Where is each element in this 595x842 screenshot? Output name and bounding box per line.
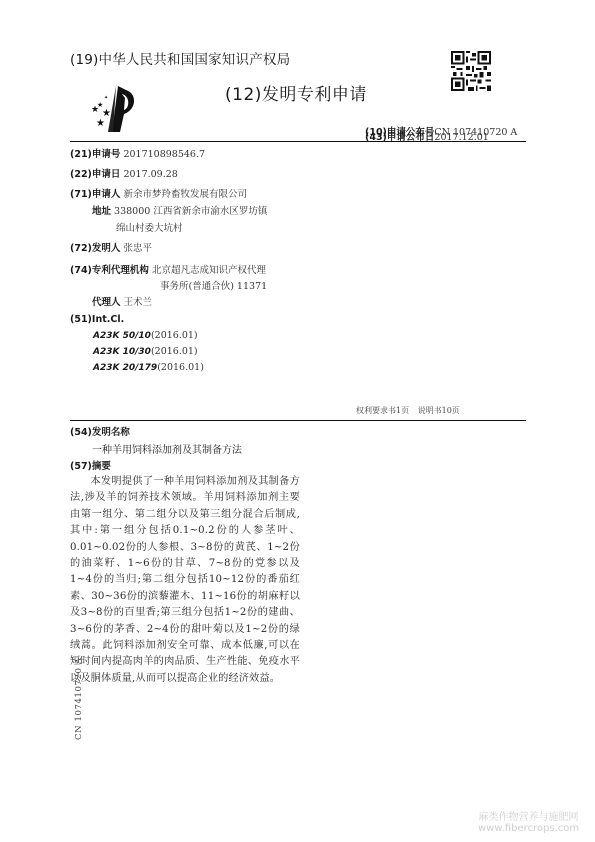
ipc-code: A23K 10/30 — [93, 347, 151, 357]
address-label: 地址 — [92, 206, 111, 217]
agency-line-1: 北京超凡志成知识产权代理 — [152, 265, 266, 276]
ipc-code: A23K 50/10 — [93, 331, 151, 341]
invention-title-label-row: (54)发明名称 — [70, 424, 130, 438]
abstract-label: (57)摘要 — [70, 461, 111, 472]
abstract-text: 本发明提供了一种羊用饲料添加剂及其制备方法,涉及羊的饲养技术领域。羊用饲料添加剂… — [70, 474, 300, 687]
ipc-entry: A23K 20/179(2016.01) — [93, 362, 204, 373]
ipc-entry: A23K 50/10(2016.01) — [93, 330, 198, 341]
agency-line-2-row: 事务所(普通合伙) 11371 — [160, 278, 267, 292]
section-divider — [70, 420, 526, 421]
applicant-label: (71)申请人 — [70, 189, 120, 200]
svg-text:✦: ✦ — [104, 95, 108, 101]
ipc-version: (2016.01) — [151, 346, 198, 357]
agent-row: 代理人 王术兰 — [92, 294, 152, 308]
watermark: 麻类作物营养与施肥网 www.fibercrops.com — [478, 812, 579, 834]
agency-line-2: 事务所(普通合伙) 11371 — [160, 281, 267, 292]
inventor-row: (72)发明人 张忠平 — [70, 240, 152, 254]
address-row: 地址 338000 江西省新余市渝水区罗坊镇 — [92, 203, 267, 217]
address-line-1: 338000 江西省新余市渝水区罗坊镇 — [114, 206, 267, 217]
ipc-version: (2016.01) — [151, 330, 198, 341]
application-date-row: (22)申请日 2017.09.28 — [70, 166, 178, 180]
inventor: 张忠平 — [123, 243, 152, 254]
ipc-entry: A23K 10/30(2016.01) — [93, 346, 198, 357]
watermark-line-1: 麻类作物营养与施肥网 — [478, 812, 579, 823]
cnipa-logo-icon: ★ ★ ★ ★ ✦ — [80, 80, 140, 140]
application-number: 201710898546.7 — [123, 149, 205, 160]
invention-title: 一种羊用饲料添加剂及其制备方法 — [92, 441, 242, 456]
application-number-label: (21)申请号 — [70, 149, 120, 160]
ipc-label-row: (51)Int.Cl. — [70, 314, 124, 325]
ipc-version: (2016.01) — [157, 362, 204, 373]
ipc-code: A23K 20/179 — [93, 363, 157, 373]
invention-title-label: (54)发明名称 — [70, 427, 130, 438]
agent: 王术兰 — [124, 297, 153, 308]
application-date: 2017.09.28 — [123, 169, 177, 180]
applicant: 新余市梦羚畜牧发展有限公司 — [123, 189, 247, 200]
abstract-label-row: (57)摘要 — [70, 458, 111, 472]
side-publication-number: CN 107410720 A — [74, 650, 84, 740]
document-type-title: (12)发明专利申请 — [225, 80, 367, 105]
watermark-line-2: www.fibercrops.com — [478, 823, 579, 834]
address-line-2-row: 绵山村委大坑村 — [116, 220, 183, 234]
agency-row: (74)专利代理机构 北京超凡志成知识产权代理 — [70, 262, 266, 276]
qr-code-icon — [451, 50, 491, 92]
issuing-office: (19)中华人民共和国国家知识产权局 — [70, 48, 290, 68]
address-line-2: 绵山村委大坑村 — [116, 223, 183, 234]
agent-label: 代理人 — [92, 297, 121, 308]
inventor-label: (72)发明人 — [70, 243, 120, 254]
agency-label: (74)专利代理机构 — [70, 265, 149, 276]
application-number-row: (21)申请号 201710898546.7 — [70, 146, 205, 160]
ipc-label: (51)Int.Cl. — [70, 314, 124, 325]
applicant-row: (71)申请人 新余市梦羚畜牧发展有限公司 — [70, 186, 247, 200]
application-date-label: (22)申请日 — [70, 169, 120, 180]
header-divider — [70, 141, 526, 142]
svg-text:★: ★ — [96, 118, 105, 129]
page-count: 权利要求书1页 说明书10页 — [356, 405, 460, 416]
